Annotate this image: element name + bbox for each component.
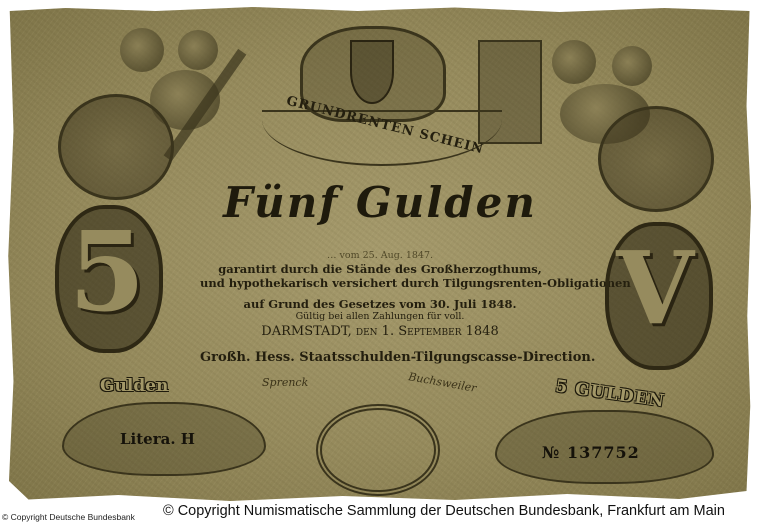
serial-number: № 137752 [542, 443, 640, 462]
copyright-main: © Copyright Numismatische Sammlung der D… [163, 503, 725, 519]
denomination-title: Fünf Gulden [210, 178, 550, 227]
cherub-illustration-left-2 [178, 30, 218, 70]
cherub-illustration-right-1 [552, 40, 596, 84]
numeral-five: 5 [62, 212, 152, 332]
copyright-small: © Copyright Deutsche Bundesbank [2, 512, 135, 522]
roman-numeral-five: V [610, 228, 700, 348]
text-line-mortgage: und hypothekarisch versichert durch Tilg… [200, 276, 560, 290]
text-line-validity: Gültig bei allen Zahlungen für voll. [200, 311, 560, 322]
cherub-illustration-right-2 [612, 46, 652, 86]
text-line-guarantee: garantirt durch die Stände des Großherzo… [200, 262, 560, 276]
center-wreath-ring [316, 404, 440, 496]
signature-left: Sprenck [262, 376, 308, 389]
denomination-label-left: Gulden [100, 376, 168, 396]
medallion-right [598, 106, 714, 212]
place-date: DARMSTADT, den 1. September 1848 [200, 324, 560, 339]
issuing-authority: Großh. Hess. Staatsschulden-Tilgungscass… [200, 350, 560, 365]
text-line-law: auf Grund des Gesetzes vom 30. Juli 1848… [200, 297, 560, 311]
series-letter: Litera. H [120, 430, 195, 448]
text-line-decree: … vom 25. Aug. 1847. [200, 250, 560, 261]
medallion-left [58, 94, 174, 200]
cherub-illustration-left-1 [120, 28, 164, 72]
coat-of-arms-shield-icon [350, 40, 394, 104]
